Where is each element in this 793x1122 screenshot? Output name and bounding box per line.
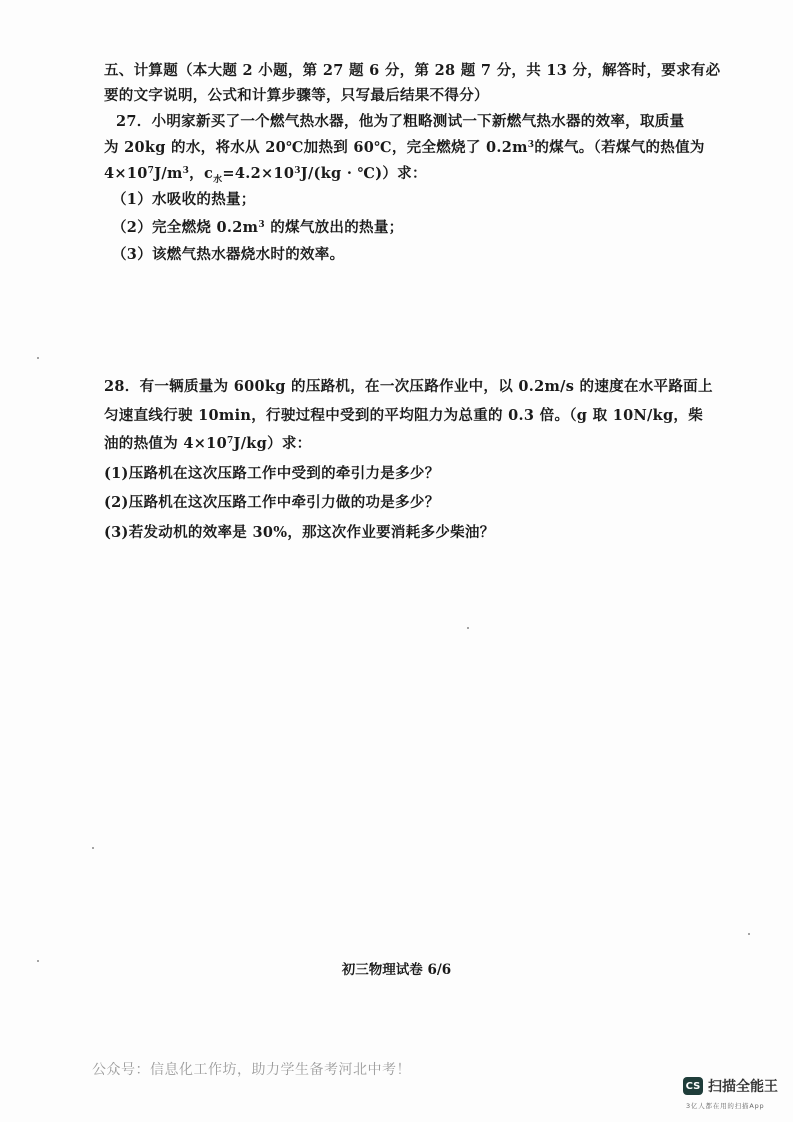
page-footer: 初三物理试卷 6/6 bbox=[0, 958, 793, 978]
q28-line3: 油的热值为 4×107J/kg）求： bbox=[104, 432, 311, 453]
scan-speck bbox=[467, 627, 469, 629]
watermark-text: 公众号：信息化工作坊，助力学生备考河北中考！ bbox=[92, 1059, 411, 1079]
section-heading-line2: 要的文字说明，公式和计算步骤等，只写最后结果不得分） bbox=[104, 84, 489, 105]
q27-line2: 为 20kg 的水，将水从 20℃加热到 60℃，完全燃烧了 0.2m3的煤气。… bbox=[104, 136, 705, 157]
q28-part2: (2)压路机在这次压路工作中牵引力做的功是多少？ bbox=[104, 491, 440, 512]
q28-line2: 匀速直线行驶 10min，行驶过程中受到的平均阻力为总重的 0.3 倍。（g 取… bbox=[104, 404, 703, 425]
q27-line1: 27．小明家新买了一个燃气热水器，他为了粗略测试一下新燃气热水器的效率，取质量 bbox=[116, 110, 684, 131]
q28-part1: (1)压路机在这次压路工作中受到的牵引力是多少？ bbox=[104, 462, 440, 483]
section-heading-line1: 五、计算题（本大题 2 小题，第 27 题 6 分，第 28 题 7 分，共 1… bbox=[104, 59, 720, 80]
scanner-name: 扫描全能王 bbox=[708, 1076, 778, 1096]
q27-part2: （2）完全燃烧 0.2m3 的煤气放出的热量； bbox=[112, 216, 403, 237]
q28-line1: 28．有一辆质量为 600kg 的压路机，在一次压路作业中，以 0.2m/s 的… bbox=[104, 375, 713, 396]
q28-part3: (3)若发动机的效率是 30%，那这次作业要消耗多少柴油？ bbox=[104, 521, 495, 542]
scanner-brand: CS 扫描全能王 bbox=[683, 1076, 778, 1096]
scan-speck bbox=[37, 960, 39, 962]
q27-part1: （1）水吸收的热量； bbox=[112, 188, 256, 209]
camscanner-logo-icon: CS bbox=[683, 1077, 703, 1095]
scan-speck bbox=[37, 357, 39, 359]
scanner-tagline: 3亿人都在用的扫描App bbox=[686, 1101, 764, 1110]
scan-speck bbox=[92, 847, 94, 849]
scan-speck bbox=[748, 933, 750, 935]
q27-line3: 4×107J/m3，c水=4.2×103J/(kg · ℃)）求： bbox=[104, 162, 427, 185]
q27-part3: （3）该燃气热水器烧水时的效率。 bbox=[112, 243, 344, 264]
